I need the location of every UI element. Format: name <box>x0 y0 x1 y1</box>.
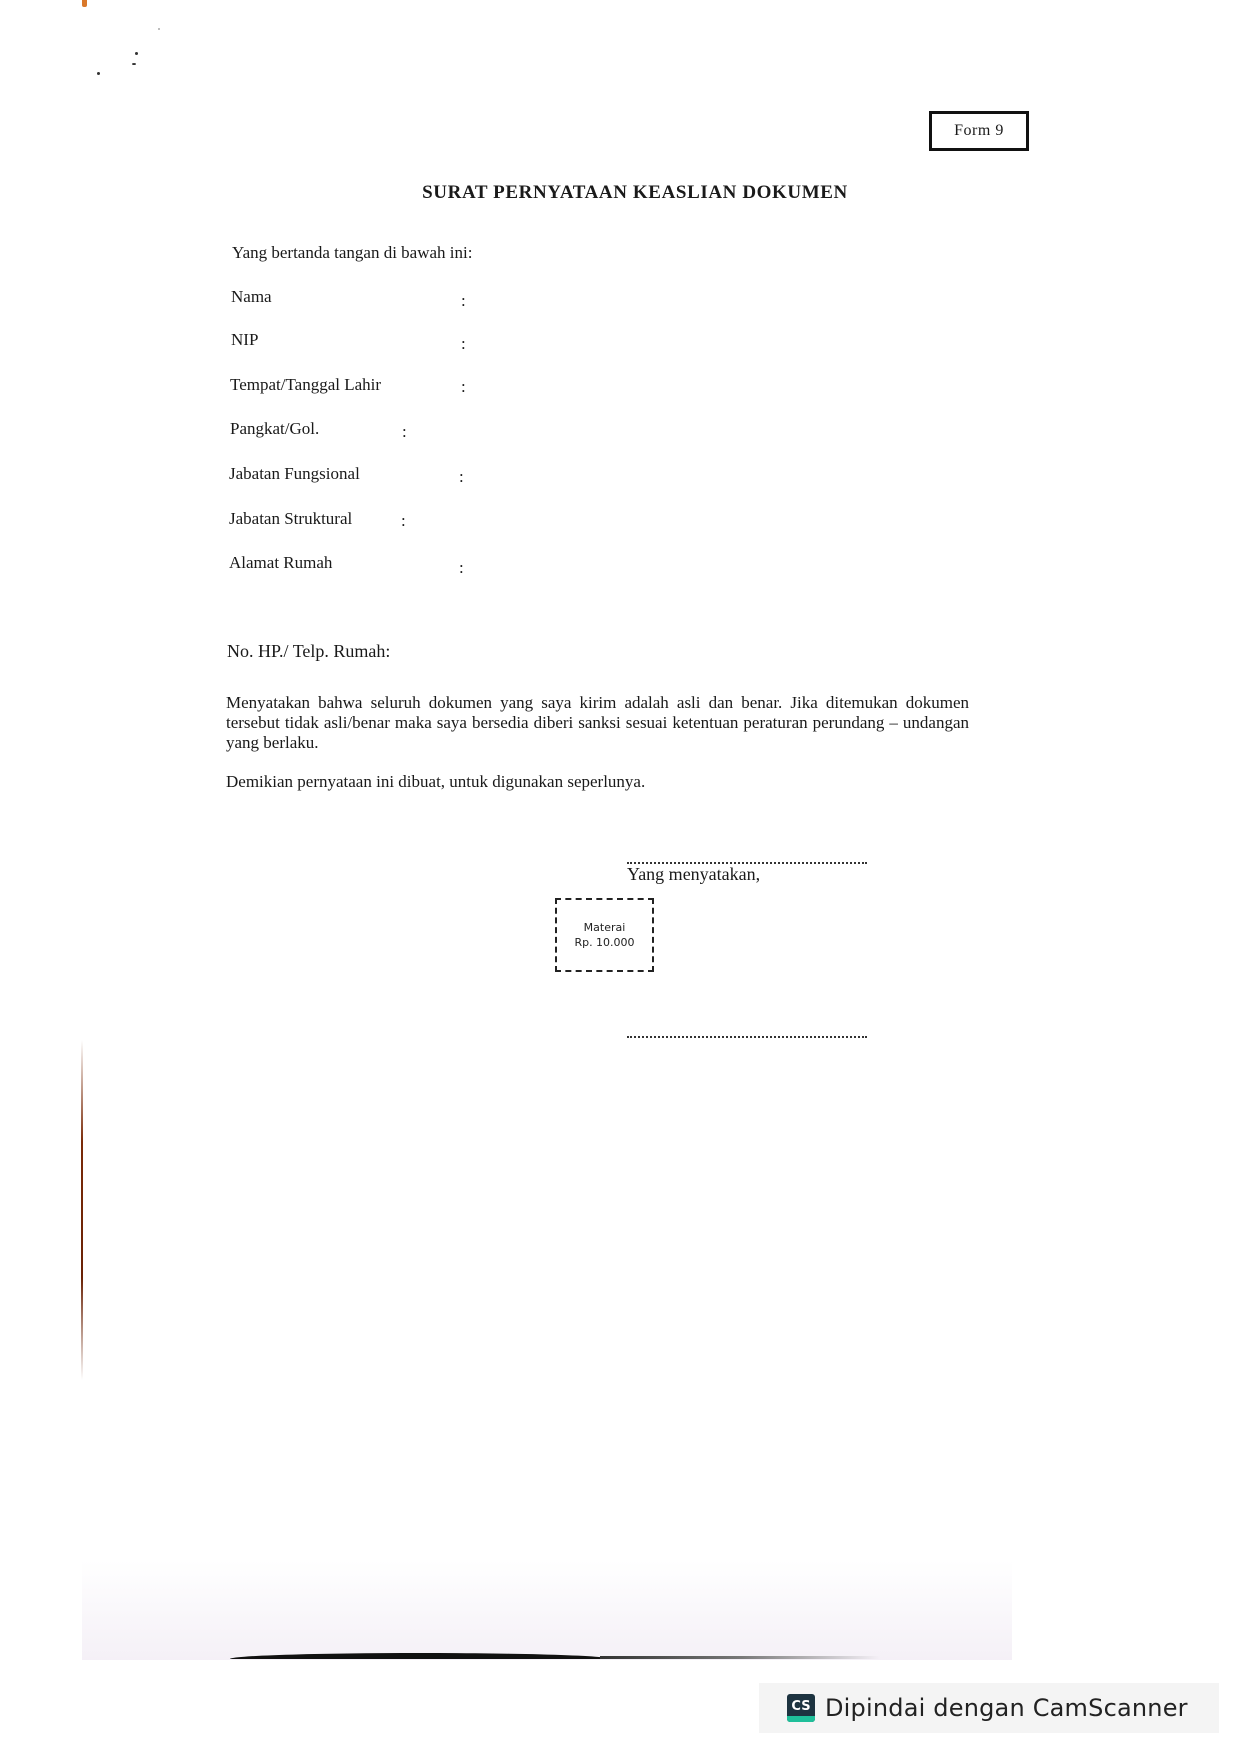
closing-sentence: Demikian pernyataan ini dibuat, untuk di… <box>226 772 645 792</box>
stamp-label: Materai <box>584 920 626 935</box>
field-separator: : <box>461 291 466 311</box>
field-separator: : <box>461 377 466 397</box>
scan-speck <box>132 63 136 65</box>
revenue-stamp-box: Materai Rp. 10.000 <box>555 898 654 972</box>
field-label: Pangkat/Gol. <box>230 419 319 439</box>
scan-speck <box>97 72 100 75</box>
field-label: Jabatan Struktural <box>229 509 352 529</box>
intro-text: Yang bertanda tangan di bawah ini: <box>232 243 472 263</box>
camscanner-logo-icon: CS <box>787 1694 815 1722</box>
field-separator: : <box>459 558 464 578</box>
document-title: SURAT PERNYATAAN KEASLIAN DOKUMEN <box>0 182 1240 204</box>
page-curl-shadow <box>600 1656 880 1659</box>
watermark-text: Dipindai dengan CamScanner <box>825 1694 1188 1722</box>
scan-speck <box>135 52 138 55</box>
field-separator: : <box>402 422 407 442</box>
field-label: Nama <box>231 287 272 307</box>
signer-label: Yang menyatakan, <box>627 864 760 885</box>
statement-paragraph: Menyatakan bahwa seluruh dokumen yang sa… <box>226 693 969 753</box>
form-number-badge: Form 9 <box>929 111 1029 151</box>
field-separator: : <box>401 511 406 531</box>
page-curl-shadow <box>230 1653 610 1659</box>
field-separator: : <box>459 467 464 487</box>
field-label: Alamat Rumah <box>229 553 332 573</box>
field-label: Tempat/Tanggal Lahir <box>230 375 381 395</box>
page-shadow <box>82 1560 1012 1660</box>
scan-speck <box>158 28 160 30</box>
scan-artifact <box>82 0 87 7</box>
field-label: Jabatan Fungsional <box>229 464 360 484</box>
signature-name-line <box>627 1036 867 1038</box>
field-label: NIP <box>231 330 258 350</box>
page-edge-shadow <box>81 1040 83 1380</box>
field-separator: : <box>461 334 466 354</box>
camscanner-watermark: CS Dipindai dengan CamScanner <box>759 1683 1219 1733</box>
phone-field-label: No. HP./ Telp. Rumah: <box>227 641 390 662</box>
stamp-value: Rp. 10.000 <box>574 935 634 950</box>
